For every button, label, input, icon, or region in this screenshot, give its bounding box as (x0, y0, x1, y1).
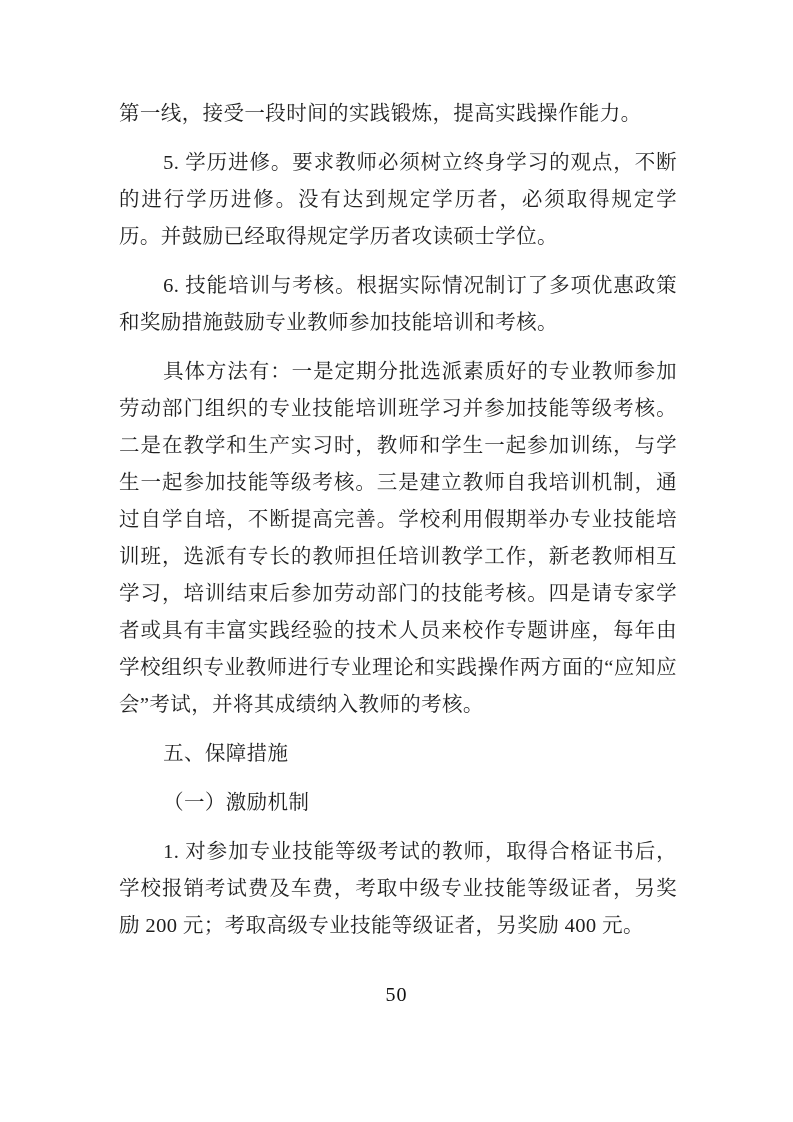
paragraph-reward-policy: 1. 对参加专业技能等级考试的教师，取得合格证书后，学校报销考试费及车费，考取中… (119, 834, 677, 945)
paragraph-specific-methods: 具体方法有：一是定期分批选派素质好的专业教师参加劳动部门组织的专业技能培训班学习… (119, 354, 677, 724)
paragraph-continuation: 第一线，接受一段时间的实践锻炼，提高实践操作能力。 (119, 96, 677, 133)
page-footer: 50 (0, 984, 793, 1007)
page-number: 50 (386, 984, 408, 1006)
document-page: 第一线，接受一段时间的实践锻炼，提高实践操作能力。 5. 学历进修。要求教师必须… (0, 0, 793, 1122)
heading-subsection-1-incentive: （一）激励机制 (119, 785, 677, 822)
document-body: 第一线，接受一段时间的实践锻炼，提高实践操作能力。 5. 学历进修。要求教师必须… (119, 96, 677, 957)
heading-section-5-safeguards: 五、保障措施 (119, 736, 677, 773)
paragraph-item-5-degree-study: 5. 学历进修。要求教师必须树立终身学习的观点，不断的进行学历进修。没有达到规定… (119, 145, 677, 256)
paragraph-item-6-skill-training: 6. 技能培训与考核。根据实际情况制订了多项优惠政策和奖励措施鼓励专业教师参加技… (119, 268, 677, 342)
